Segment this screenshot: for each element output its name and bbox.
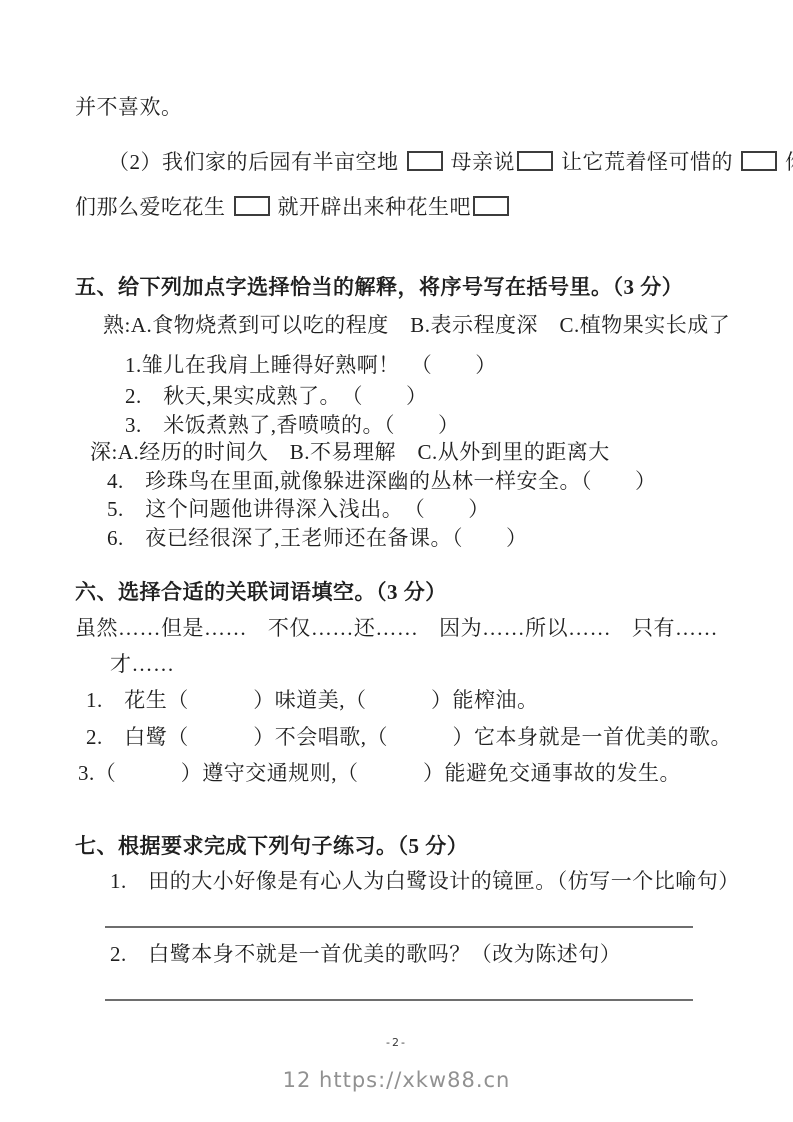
section6-word-bank: 虽然……但是…… 不仅……还…… 因为……所以…… 只有…… — [75, 615, 718, 641]
section5-group1-options: 熟:A.食物烧煮到可以吃的程度 B.表示程度深 C.植物果实长成了 — [103, 312, 718, 338]
answer-blank-line[interactable] — [105, 926, 693, 928]
word-bank-option: 虽然……但是…… — [75, 615, 247, 641]
section6-item-1: 1. 花生（ ）味道美,（ ）能榨油。 — [86, 687, 718, 713]
punctuation-answer-box[interactable] — [234, 196, 270, 216]
section5-item-3: 3. 米饭煮熟了,香喷喷的。（ ） — [125, 412, 718, 438]
punctuation-answer-box[interactable] — [517, 151, 553, 171]
section5-item-2: 2. 秋天,果实成熟了。 （ ） — [125, 383, 718, 409]
section5-item-5: 5. 这个问题他讲得深入浅出。 （ ） — [107, 496, 718, 522]
word-bank-option: 因为……所以…… — [439, 615, 611, 641]
worksheet-page: 并不喜欢。 （2）我们家的后园有半亩空地母亲说让它荒着怪可惜的你 们那么爱吃花生… — [0, 0, 793, 1122]
section7-item-1: 1. 田的大小好像是有心人为白鹭设计的镜匣。（仿写一个比喻句） — [110, 868, 718, 894]
punctuation-segment: 母亲说 — [451, 150, 516, 174]
carryover-text: 并不喜欢。 — [75, 94, 718, 120]
punctuation-segment: 让它荒着怪可惜的 — [561, 150, 733, 174]
section5-group2-options: 深:A.经历的时间久 B.不易理解 C.从外到里的距离大 — [90, 439, 718, 465]
punctuation-segment: 你 — [785, 150, 793, 174]
section5-item-4: 4. 珍珠鸟在里面,就像躲进深幽的丛林一样安全。（ ） — [107, 468, 718, 494]
worksheet-content: 并不喜欢。 （2）我们家的后园有半亩空地母亲说让它荒着怪可惜的你 们那么爱吃花生… — [0, 94, 793, 1001]
word-bank-option: 只有…… — [632, 615, 718, 641]
punctuation-answer-box[interactable] — [473, 196, 509, 216]
watermark-url: 12 https://xkw88.cn — [0, 1068, 793, 1092]
punctuation-segment: 就开辟出来种花生吧 — [278, 195, 472, 219]
page-number: -2- — [0, 1036, 793, 1049]
punctuation-answer-box[interactable] — [407, 151, 443, 171]
punctuation-exercise-line1: （2）我们家的后园有半亩空地母亲说让它荒着怪可惜的你 — [108, 149, 718, 175]
section7-heading: 七、根据要求完成下列句子练习。（5 分） — [75, 833, 718, 859]
section6-word-bank-continuation: 才…… — [110, 651, 718, 677]
section6-heading: 六、选择合适的关联词语填空。（3 分） — [75, 579, 718, 605]
punctuation-answer-box[interactable] — [741, 151, 777, 171]
section6-item-2: 2. 白鹭（ ）不会唱歌,（ ）它本身就是一首优美的歌。 — [86, 724, 718, 750]
section6-item-3: 3.（ ）遵守交通规则,（ ）能避免交通事故的发生。 — [78, 760, 718, 786]
section5-item-1: 1.雏儿在我肩上睡得好熟啊！ （ ） — [125, 352, 718, 378]
punctuation-segment: 们那么爱吃花生 — [75, 195, 226, 219]
section7-item-2: 2. 白鹭本身不就是一首优美的歌吗？（改为陈述句） — [110, 941, 718, 967]
answer-blank-line[interactable] — [105, 999, 693, 1001]
punctuation-segment: （2）我们家的后园有半亩空地 — [108, 150, 399, 174]
punctuation-exercise-line2: 们那么爱吃花生就开辟出来种花生吧 — [75, 194, 718, 220]
section5-item-6: 6. 夜已经很深了,王老师还在备课。（ ） — [107, 525, 718, 551]
word-bank-option: 不仅……还…… — [268, 615, 419, 641]
section5-heading: 五、给下列加点字选择恰当的解释，将序号写在括号里。（3 分） — [75, 274, 718, 300]
